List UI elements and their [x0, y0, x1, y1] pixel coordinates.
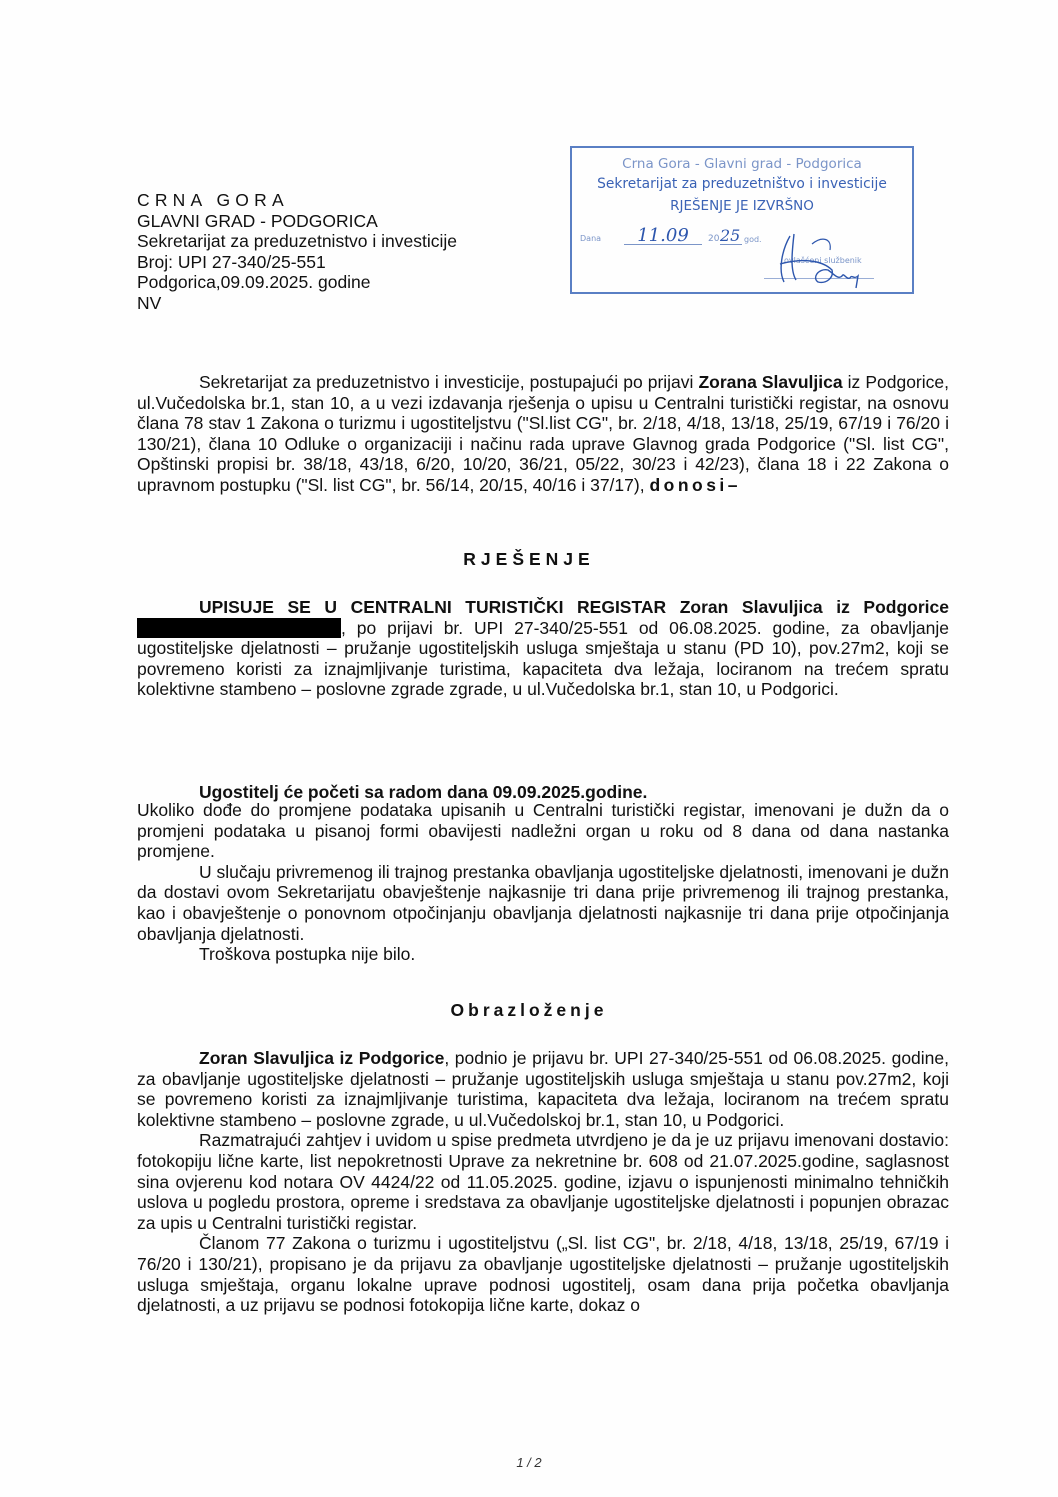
termination-notice: U slučaju privremenog ili trajnog presta…	[137, 862, 949, 944]
decision-title: RJEŠENJE	[0, 549, 1058, 570]
header-date: Podgorica,09.09.2025. godine	[137, 272, 457, 293]
stamp-date-label: Dana	[580, 234, 601, 243]
stamp-year-value: 25	[720, 228, 742, 245]
redaction-bar	[137, 618, 341, 638]
document-header: CRNA GORA GLAVNI GRAD - PODGORICA Sekret…	[137, 190, 457, 314]
header-initials: NV	[137, 293, 457, 314]
header-office: Sekretarijat za preduzetnistvo i investi…	[137, 231, 457, 252]
decision-paragraph: UPISUJE SE U CENTRALNI TURISTIČKI REGIST…	[137, 597, 949, 700]
reasoning-title: Obrazloženje	[0, 1000, 1058, 1021]
stamp-line-1: Crna Gora - Glavni grad - Podgorica	[572, 156, 912, 172]
stamp-date-value: 11.09	[624, 228, 702, 245]
header-number: Broj: UPI 27-340/25-551	[137, 252, 457, 273]
decision-name: Zoran Slavuljica	[666, 597, 836, 617]
applicant-name: Zorana Slavuljica	[698, 372, 842, 392]
reasoning-applicant: Zoran Slavuljica iz Podgorice	[199, 1048, 444, 1068]
decision-city: iz Podgorice	[836, 597, 949, 617]
stamp-line-3: RJEŠENJE JE IZVRŠNO	[572, 198, 912, 214]
reasoning-block: Zoran Slavuljica iz Podgorice, podnio je…	[137, 1048, 949, 1316]
reasoning-text-3: Članom 77 Zakona o turizmu i ugostiteljs…	[137, 1233, 949, 1315]
header-country: CRNA GORA	[137, 190, 457, 211]
costs-line: Troškova postupka nije bilo.	[137, 944, 949, 965]
change-notice: Ukoliko dođe do promjene podataka upisan…	[137, 800, 949, 862]
intro-text: Sekretarijat za preduzetnistvo i investi…	[199, 372, 698, 392]
intro-paragraph: Sekretarijat za preduzetnistvo i investi…	[137, 372, 949, 496]
page-number: 1 / 2	[0, 1455, 1058, 1470]
intro-donosi: donosi–	[649, 475, 741, 495]
reasoning-text-2: Razmatrajući zahtjev i uvidom u spise pr…	[137, 1130, 949, 1233]
stamp-line-2: Sekretarijat za preduzetništvo i investi…	[572, 176, 912, 192]
stamp-year-suffix: god.	[744, 235, 762, 244]
document-page: CRNA GORA GLAVNI GRAD - PODGORICA Sekret…	[0, 0, 1058, 1497]
obligations-block: Ukoliko dođe do promjene podataka upisan…	[137, 800, 949, 965]
header-city: GLAVNI GRAD - PODGORICA	[137, 211, 457, 232]
stamp-year-prefix: 20	[708, 234, 719, 244]
signature-icon	[772, 230, 872, 290]
decision-heading: UPISUJE SE U CENTRALNI TURISTIČKI REGIST…	[199, 597, 666, 617]
official-stamp: Crna Gora - Glavni grad - Podgorica Sekr…	[570, 146, 914, 294]
